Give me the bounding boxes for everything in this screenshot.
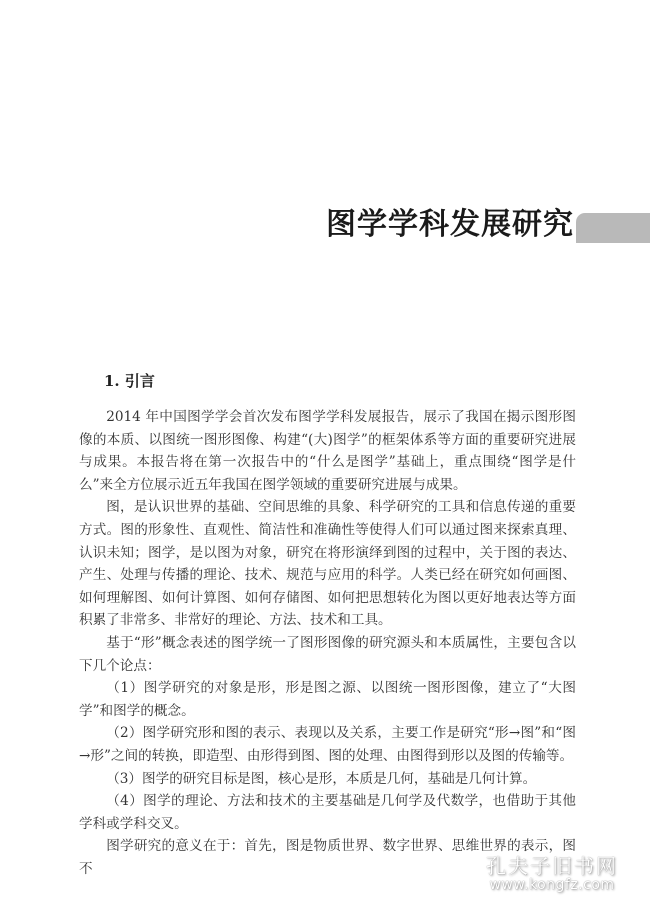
watermark-url: www.kongfz.com xyxy=(486,877,618,893)
paragraph-point-1: （1）图学研究的对象是形，形是图之源、以图统一图形图像，建立了“大图学”和图学的… xyxy=(79,677,576,722)
watermark: 孔夫子旧书网 www.kongfz.com xyxy=(486,855,618,893)
watermark-name: 孔夫子旧书网 xyxy=(486,855,618,877)
chapter-tab-marker xyxy=(576,213,650,243)
chapter-title: 图学学科发展研究 xyxy=(326,205,574,245)
paragraph-thesis-lead: 基于“形”概念表述的图学统一了图形图像的研究源头和本质属性，主要包含以下几个论点… xyxy=(79,632,576,677)
paragraph-point-3: （3）图学的研究目标是图，核心是形，本质是几何，基础是几何计算。 xyxy=(79,768,576,791)
body-text: 2014 年中国图学学会首次发布图学学科发展报告，展示了我国在揭示图形图像的本质… xyxy=(79,406,576,880)
section-heading: 1. 引言 xyxy=(104,370,155,391)
paragraph-intro: 2014 年中国图学学会首次发布图学学科发展报告，展示了我国在揭示图形图像的本质… xyxy=(79,406,576,496)
paragraph-definition: 图，是认识世界的基础、空间思维的具象、科学研究的工具和信息传递的重要方式。图的形… xyxy=(79,496,576,632)
paragraph-point-2: （2）图学研究形和图的表示、表现以及关系，主要工作是研究“形→图”和“图→形”之… xyxy=(79,722,576,767)
paragraph-point-4: （4）图学的理论、方法和技术的主要基础是几何学及代数学，也借助于其他学科或学科交… xyxy=(79,790,576,835)
